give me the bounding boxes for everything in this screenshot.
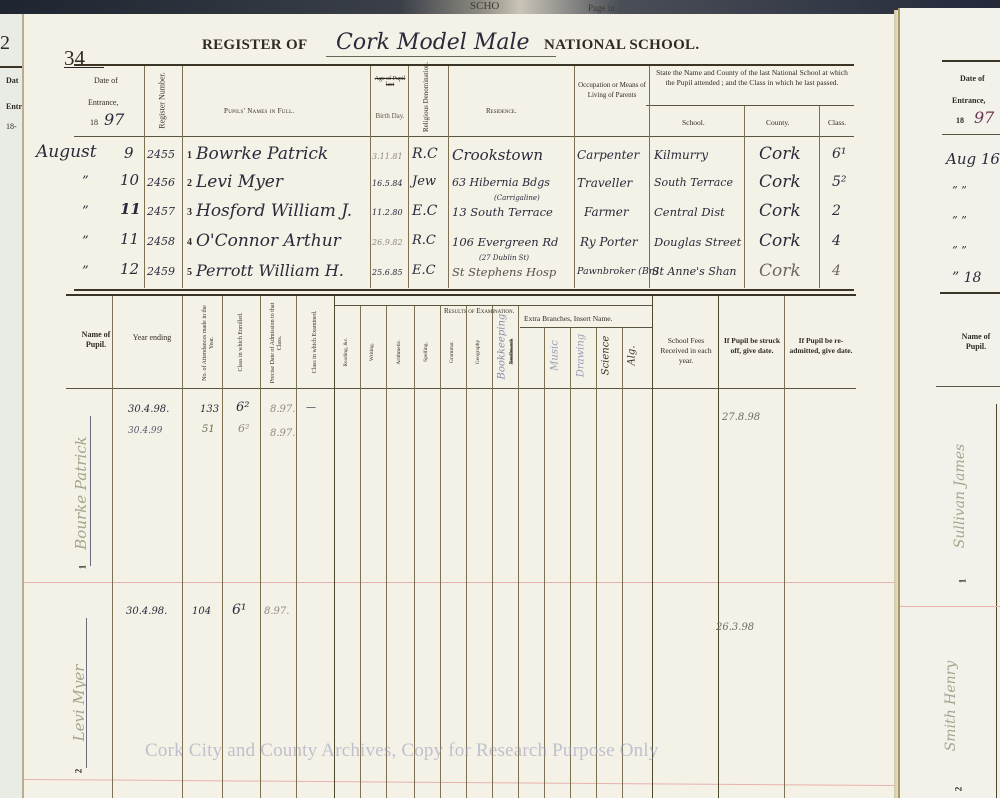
- entrance-month: August: [36, 142, 97, 162]
- top-scrap-strip: SCHO Page in: [0, 0, 1000, 14]
- col-extra-drawing: Drawing: [576, 331, 587, 381]
- year-ending: 30.4.99: [128, 426, 162, 436]
- col-attendances: No. of Attendances made in the Year.: [202, 300, 216, 386]
- religion: Jew: [412, 174, 436, 189]
- next-page-date: ” ”: [952, 214, 967, 227]
- last-school: St Anne's Shan: [652, 265, 737, 278]
- occupation: Carpenter: [577, 148, 639, 162]
- archive-watermark: Cork City and County Archives, Copy for …: [145, 740, 659, 762]
- col-reading: Reading, &c.: [343, 322, 349, 382]
- birth-date: 11.2.80: [372, 208, 403, 217]
- residence: 106 Evergreen Rd: [452, 235, 558, 249]
- entrance-day: 11: [120, 230, 139, 248]
- birth-date: 26.9.82: [372, 238, 403, 247]
- register-number: 2458: [147, 235, 175, 248]
- scrap-fragment: SCHO: [470, 0, 499, 12]
- attendances: 133: [200, 404, 219, 415]
- last-school: Central Dist: [654, 205, 725, 219]
- col-bookkeeping-handwritten: Bookkeeping: [497, 320, 508, 380]
- religion: E.C: [412, 263, 436, 278]
- title-suffix: NATIONAL SCHOOL.: [544, 37, 699, 54]
- col-precise-date: Precise Date of Admission to that Class.: [270, 300, 284, 386]
- year-ending: 30.4.98.: [126, 606, 167, 617]
- class-passed: 5²: [832, 174, 847, 190]
- next-page-year: 97: [974, 108, 994, 127]
- pupil-name: Hosford William J.: [196, 201, 352, 221]
- entrance-day: 11: [120, 200, 141, 218]
- entrance-month: ”: [82, 204, 89, 219]
- class-enrolled: 6²: [236, 400, 249, 415]
- entry-number: 2: [953, 787, 963, 792]
- precise-date: 8.97.: [264, 606, 289, 617]
- residence: St Stephens Hosp: [452, 265, 556, 279]
- col-birth-day: Birth Day.: [374, 112, 406, 120]
- precise-date: 8.97.: [270, 428, 295, 439]
- entrance-month: ”: [82, 264, 89, 279]
- col-extra-alg: Alg.: [627, 331, 638, 381]
- row-number: 4: [187, 237, 192, 248]
- col-county: County.: [766, 118, 789, 127]
- entry-number: 1: [957, 579, 967, 584]
- register-number: 2459: [147, 265, 175, 278]
- col-geography: Geography: [475, 322, 481, 382]
- struck-off-date: 26.3.98: [716, 622, 754, 633]
- residence-note: (Carrigaline): [494, 194, 540, 202]
- col-arithmetic: Arithmetic.: [396, 322, 402, 382]
- birth-date: 16.5.84: [372, 179, 403, 188]
- next-page-pupil-name: Smith Henry: [943, 651, 959, 761]
- col-occupation: Occupation or Means of Living of Parents: [577, 80, 647, 100]
- scrap-fragment: Page in: [588, 3, 615, 13]
- next-page-header: Entrance,: [952, 96, 986, 105]
- class-enrolled: 6¹: [232, 602, 247, 618]
- col-readmitted: If Pupil be re-admitted, give date.: [786, 336, 856, 356]
- col-struck-off: If Pupil be struck off, give date.: [720, 336, 784, 356]
- attendances: 104: [192, 606, 211, 617]
- col-residence: Residence.: [486, 107, 517, 115]
- register-number: 2456: [147, 176, 175, 189]
- year-handwritten: 97: [104, 110, 124, 129]
- next-page-name-of-pupil: Name of Pupil.: [956, 332, 996, 352]
- class-enrolled: 6²: [238, 422, 249, 435]
- entrance-month: ”: [82, 174, 89, 189]
- stub-header: Entr: [6, 102, 22, 111]
- pupil-name-vertical: Bourke Patrick: [72, 428, 90, 558]
- class-passed: 4: [832, 233, 841, 249]
- page-number-fragment: 2: [0, 32, 10, 55]
- next-page-date: Aug 16: [946, 150, 1000, 168]
- pupil-name: O'Connor Arthur: [196, 231, 341, 251]
- register-number: 2457: [147, 205, 175, 218]
- occupation: Pawnbroker (Bn): [577, 266, 659, 277]
- precise-date: 8.97.: [270, 404, 295, 415]
- next-page-header: 18: [956, 116, 964, 125]
- last-school: Kilmurry: [654, 148, 708, 162]
- occupation: Ry Porter: [580, 235, 638, 249]
- col-class-examined: Class in which Examined.: [312, 299, 318, 385]
- entrance-day: 9: [124, 144, 134, 162]
- next-page-date: ” ”: [952, 184, 967, 197]
- occupation: Traveller: [577, 176, 632, 190]
- title-prefix: REGISTER OF: [202, 37, 307, 54]
- col-school: School.: [682, 118, 705, 127]
- col-date-of-entrance: Entrance,: [88, 98, 118, 107]
- pupil-name: Bowrke Patrick: [196, 144, 328, 164]
- pupil-name: Levi Myer: [196, 172, 283, 192]
- county: Cork: [759, 201, 801, 221]
- next-page-date: ” 18: [952, 270, 981, 286]
- residence: 13 South Terrace: [452, 205, 553, 219]
- county: Cork: [759, 261, 801, 281]
- religion: R.C: [412, 233, 436, 248]
- attendances: 51: [202, 424, 215, 435]
- col-name-of-pupil: Name of Pupil.: [76, 330, 116, 350]
- next-page-date: ” ”: [952, 244, 967, 257]
- birth-date: 3.11.81: [372, 152, 403, 161]
- entrance-month: ”: [82, 234, 89, 249]
- col-register-number: Register Number.: [158, 69, 167, 133]
- col-last-school-group: State the Name and County of the last Na…: [652, 68, 852, 88]
- class-examined: —: [306, 402, 316, 413]
- entry-number: 1: [77, 565, 87, 570]
- col-date-of-entrance: Date of: [94, 76, 118, 85]
- county: Cork: [759, 144, 801, 164]
- col-needlework-struck: Needlework: [510, 322, 515, 382]
- year-prefix: 18: [90, 118, 98, 127]
- col-extra-science: Science: [601, 331, 612, 381]
- occupation: Farmer: [584, 205, 629, 219]
- next-page-header: Date of: [960, 74, 985, 83]
- residence: 63 Hibernia Bdgs: [452, 176, 550, 189]
- class-passed: 6¹: [832, 146, 847, 162]
- entrance-day: 12: [120, 260, 139, 278]
- col-age-struck: Age of Pupil last: [374, 76, 406, 88]
- birth-date: 25.6.85: [372, 268, 403, 277]
- col-writing: Writing.: [369, 322, 375, 382]
- religion: E.C: [412, 203, 437, 219]
- last-school: South Terrace: [654, 176, 733, 189]
- religion: R.C: [412, 146, 438, 162]
- col-spelling: Spelling.: [423, 322, 429, 382]
- col-pupils-names: Pupils' Names in Full.: [224, 107, 294, 115]
- year-ending: 30.4.98.: [128, 404, 169, 415]
- county: Cork: [759, 172, 801, 192]
- residence: Crookstown: [452, 146, 543, 164]
- register-page: 34 REGISTER OF Cork Model Male NATIONAL …: [22, 14, 896, 798]
- col-extra-music: Music: [550, 331, 561, 381]
- col-class: Class.: [828, 118, 846, 127]
- row-number: 3: [187, 207, 192, 218]
- entry-number: 2: [73, 769, 83, 774]
- col-class-enrolled: Class in which Enrolled.: [238, 299, 244, 385]
- col-school-fees: School Fees Received in each year.: [654, 336, 718, 366]
- residence-note: (27 Dublin St): [479, 254, 529, 262]
- pupil-name: Perrott William H.: [196, 261, 344, 280]
- last-school: Douglas Street: [654, 235, 741, 249]
- col-religious-denomination: Religious Denomination.: [422, 68, 430, 132]
- entrance-day: 10: [120, 171, 139, 189]
- register-number: 2455: [147, 148, 175, 161]
- row-number: 5: [187, 267, 192, 278]
- next-page-pupil-name: Sullivan James: [952, 436, 968, 556]
- next-page: Date of Entrance, 18 97 Aug 16 ” ” ” ” ”…: [898, 8, 1000, 798]
- col-extra-branches: Extra Branches, Insert Name.: [524, 314, 613, 323]
- struck-off-date: 27.8.98: [722, 412, 760, 423]
- class-passed: 2: [832, 203, 841, 219]
- class-passed: 4: [832, 263, 841, 279]
- stub-header: 18-: [6, 122, 17, 131]
- row-number: 1: [187, 150, 192, 161]
- stub-header: Dat: [6, 76, 18, 85]
- row-number: 2: [187, 178, 192, 189]
- county: Cork: [759, 231, 801, 251]
- school-name: Cork Model Male: [336, 30, 530, 55]
- col-year-ending: Year ending: [132, 330, 172, 346]
- col-grammar: Grammar.: [449, 322, 455, 382]
